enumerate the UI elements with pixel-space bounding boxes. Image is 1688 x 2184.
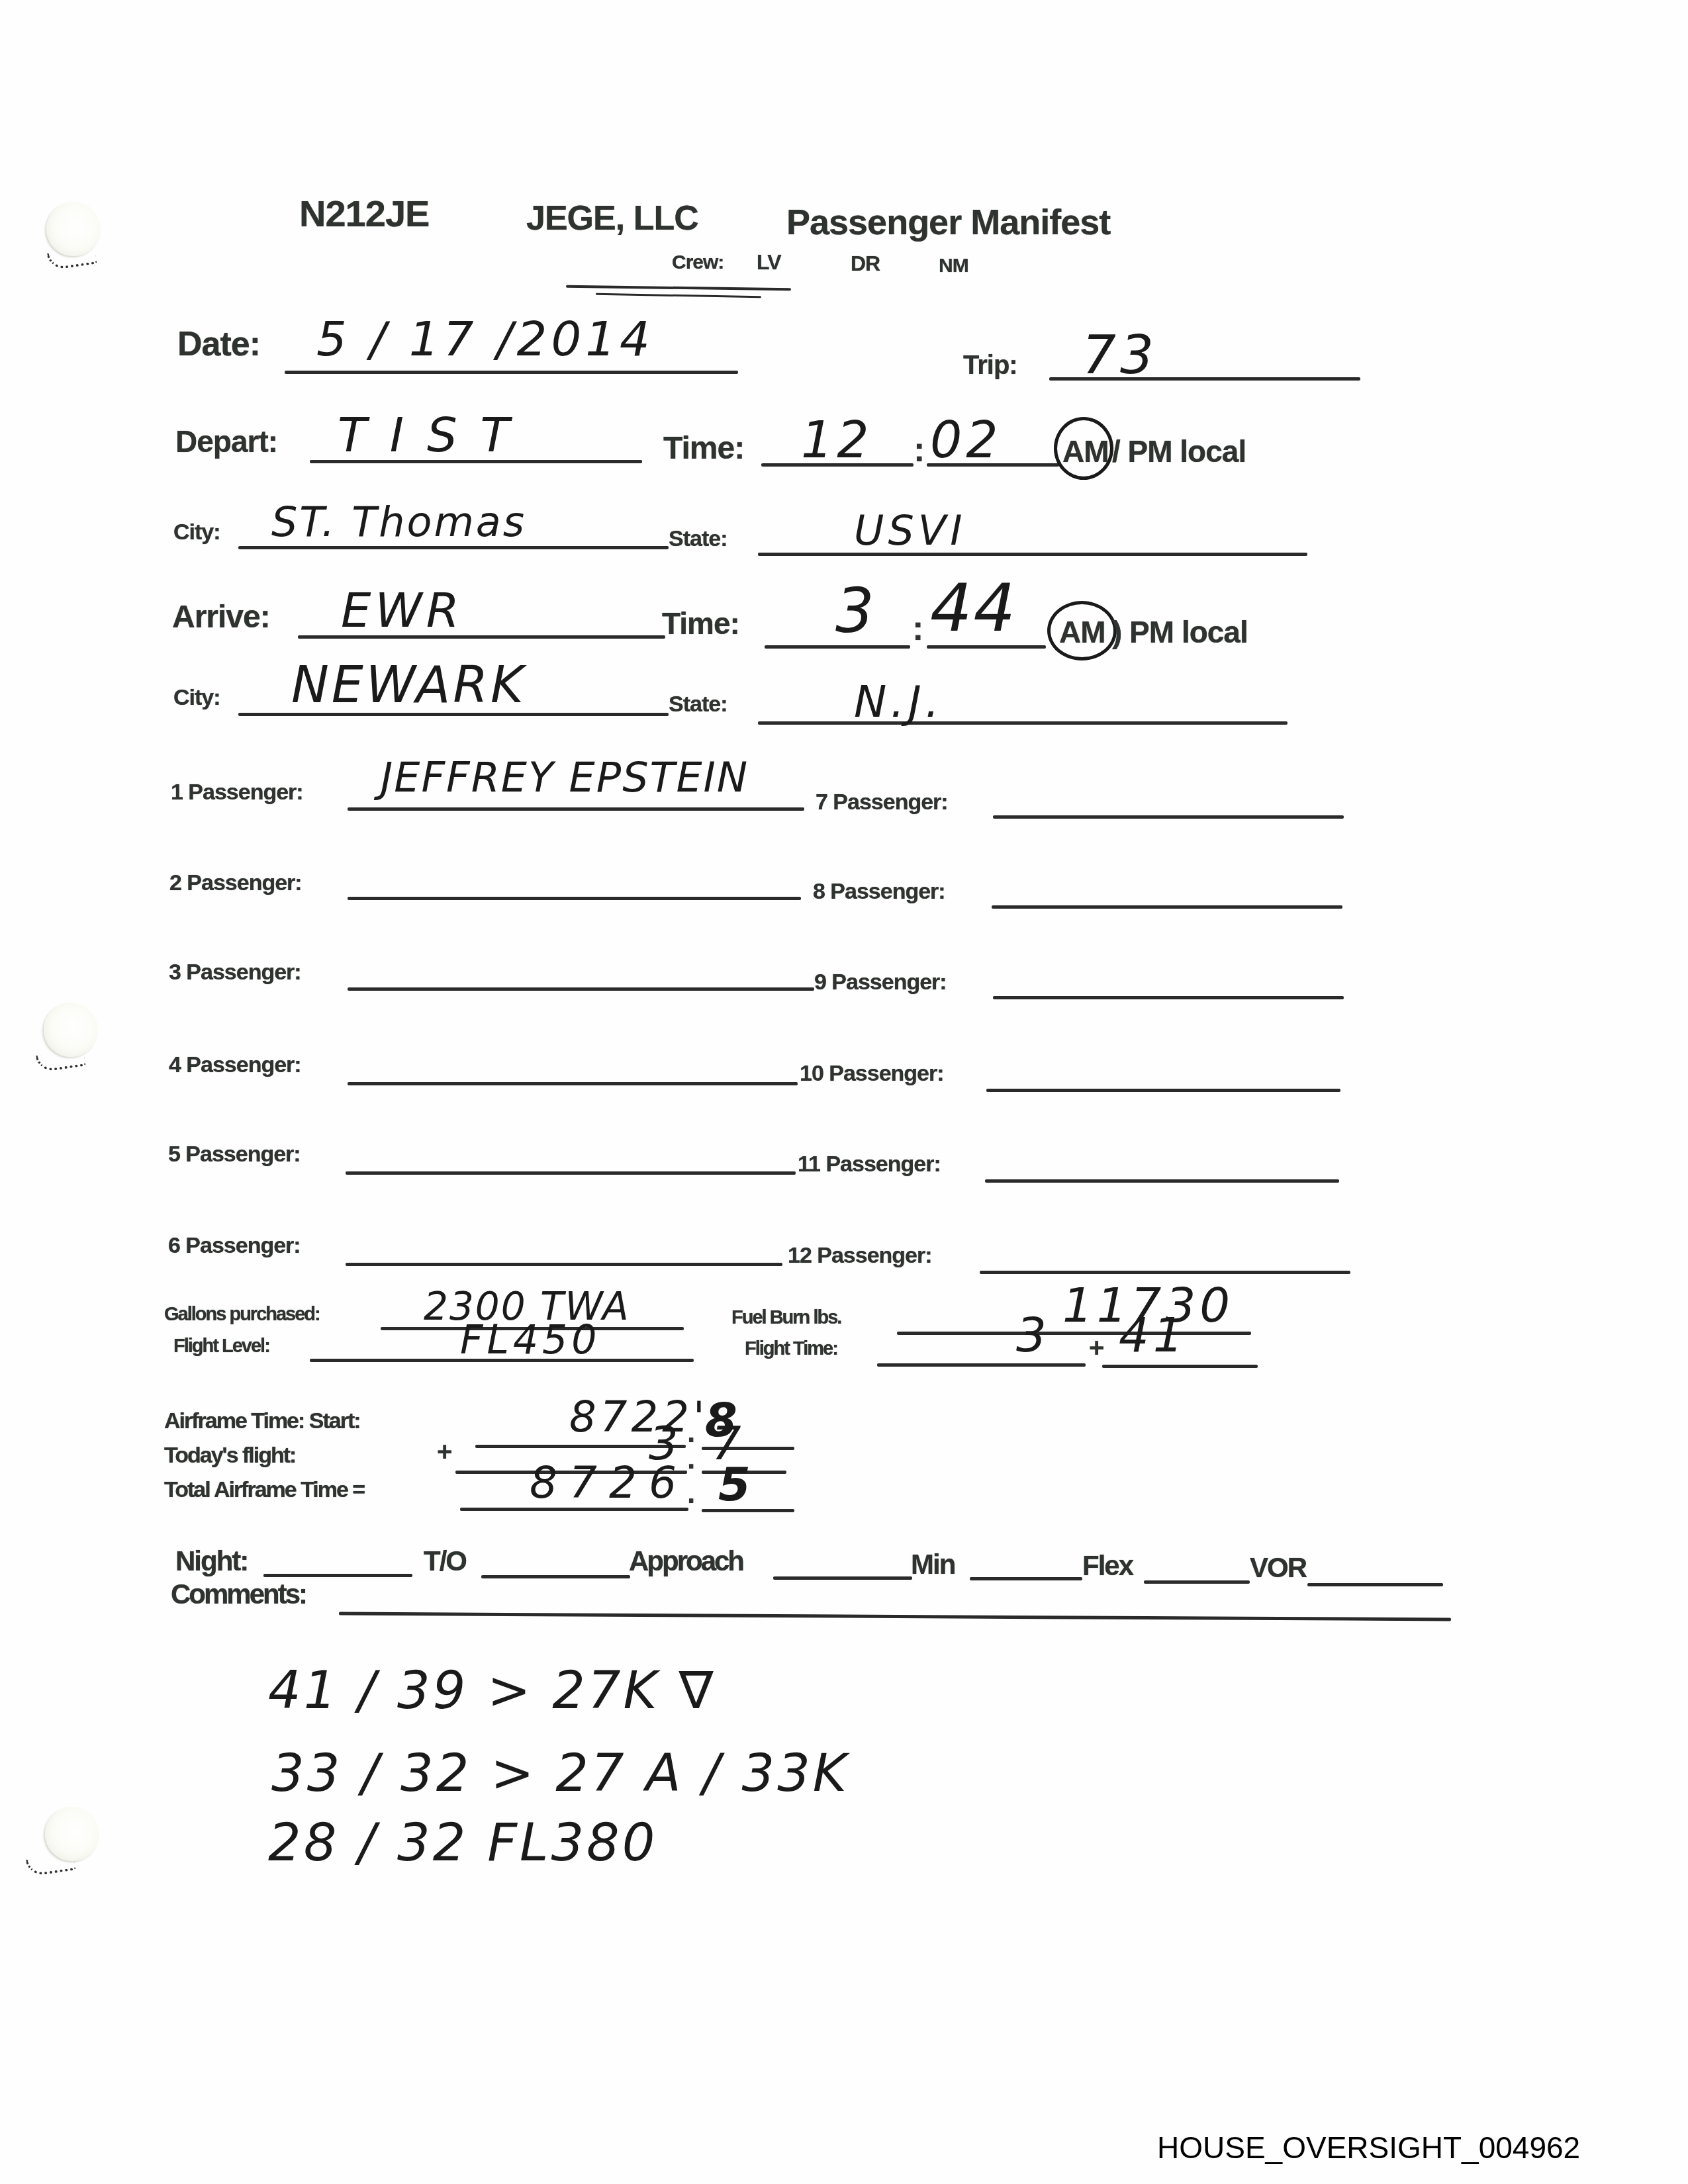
passenger-3-label: 3 Passenger: bbox=[169, 960, 301, 985]
passenger-5-label: 5 Passenger: bbox=[168, 1142, 301, 1167]
passenger-2-line bbox=[348, 897, 801, 900]
crew-member-3: NM bbox=[939, 255, 968, 277]
total-airframe-label: Total Airframe Time = bbox=[164, 1477, 364, 1503]
approach-field-line[interactable] bbox=[773, 1576, 912, 1580]
passenger-2-label: 2 Passenger: bbox=[169, 870, 302, 896]
comments-field-line[interactable] bbox=[339, 1612, 1451, 1621]
arrive-am-selected-circle bbox=[1047, 601, 1117, 660]
approach-label: Approach bbox=[629, 1545, 743, 1577]
depart-hour-field[interactable]: 12 bbox=[801, 410, 873, 469]
arrive-city-field[interactable]: NEWARK bbox=[291, 655, 526, 714]
passenger-11-label: 11 Passenger: bbox=[798, 1152, 941, 1177]
depart-city-field[interactable]: ST. Thomas bbox=[271, 498, 526, 546]
flight-time-hours-line bbox=[877, 1363, 1086, 1367]
passenger-8-line bbox=[992, 905, 1342, 909]
depart-label: Depart: bbox=[175, 424, 277, 459]
passenger-1-label: 1 Passenger: bbox=[171, 780, 303, 805]
arrive-time-label: Time: bbox=[662, 606, 739, 641]
depart-pm-option[interactable]: / PM local bbox=[1112, 433, 1246, 469]
flight-time-hours-field[interactable]: 3 bbox=[1016, 1307, 1051, 1363]
arrive-hour-field[interactable]: 3 bbox=[835, 576, 878, 647]
todays-flight-label: Today's flight: bbox=[164, 1443, 295, 1469]
takeoff-label: T/O bbox=[424, 1545, 466, 1577]
passenger-6-label: 6 Passenger: bbox=[168, 1233, 301, 1259]
passenger-10-line bbox=[986, 1089, 1340, 1092]
arrive-state-line bbox=[758, 721, 1288, 725]
arrive-city-label: City: bbox=[173, 685, 220, 711]
crew-member-2: DR bbox=[851, 251, 880, 276]
passenger-11-line bbox=[985, 1179, 1339, 1183]
passenger-4-line bbox=[348, 1082, 798, 1085]
hole-punch-shadow-middle bbox=[36, 1049, 86, 1073]
flight-level-label: Flight Level: bbox=[173, 1336, 269, 1357]
arrive-state-field[interactable]: N.J. bbox=[854, 676, 943, 727]
gallons-purchased-label: Gallons purchased: bbox=[164, 1304, 320, 1326]
passenger-5-line bbox=[346, 1171, 796, 1175]
passenger-7-label: 7 Passenger: bbox=[816, 790, 948, 815]
note-line-2: 33 / 32 > 27 A / 33K bbox=[271, 1744, 849, 1803]
flex-field-line[interactable] bbox=[1144, 1580, 1250, 1584]
passenger-9-line bbox=[993, 996, 1344, 999]
date-label: Date: bbox=[177, 324, 260, 364]
depart-state-label: State: bbox=[669, 526, 727, 552]
vor-label: VOR bbox=[1250, 1552, 1306, 1584]
passenger-9-label: 9 Passenger: bbox=[814, 970, 947, 995]
min-label: Min bbox=[911, 1549, 955, 1580]
total-airframe-whole-field[interactable]: 8726 bbox=[530, 1457, 688, 1508]
passenger-7-line bbox=[993, 815, 1344, 819]
depart-city-line bbox=[238, 546, 669, 549]
arrive-minute-field[interactable]: 44 bbox=[930, 569, 1017, 647]
depart-state-line bbox=[758, 553, 1307, 556]
takeoff-field-line[interactable] bbox=[481, 1575, 630, 1578]
arrive-field[interactable]: EWR bbox=[341, 582, 463, 638]
depart-time-label: Time: bbox=[663, 430, 744, 467]
note-line-3: 28 / 32 FL380 bbox=[268, 1813, 657, 1873]
passenger-1-line bbox=[348, 807, 804, 811]
night-field-line[interactable] bbox=[263, 1574, 412, 1577]
total-airframe-dot: . bbox=[687, 1477, 694, 1510]
arrive-time-colon: : bbox=[912, 609, 923, 649]
crew-underline-2 bbox=[596, 293, 761, 298]
flight-time-label: Flight Time: bbox=[745, 1338, 837, 1360]
hole-punch-shadow-bottom bbox=[26, 1853, 76, 1877]
tail-number: N212JE bbox=[299, 192, 429, 235]
night-label: Night: bbox=[175, 1545, 248, 1577]
fuel-burn-label: Fuel Burn lbs. bbox=[731, 1307, 841, 1329]
flight-time-plus: + bbox=[1089, 1334, 1103, 1363]
passenger-10-label: 10 Passenger: bbox=[800, 1061, 944, 1087]
passenger-12-line bbox=[980, 1271, 1350, 1274]
crew-member-1: LV bbox=[757, 250, 781, 275]
flex-label: Flex bbox=[1082, 1550, 1133, 1582]
flight-time-minutes-line bbox=[1102, 1365, 1258, 1368]
todays-flight-plus: + bbox=[437, 1437, 451, 1467]
company-name: JEGE, LLC bbox=[526, 199, 698, 238]
depart-city-label: City: bbox=[173, 520, 220, 545]
date-field[interactable]: 5 / 17 /2014 bbox=[316, 311, 654, 367]
vor-field-line[interactable] bbox=[1307, 1583, 1443, 1586]
date-field-line bbox=[285, 371, 738, 374]
min-field-line[interactable] bbox=[970, 1577, 1082, 1580]
bates-number: HOUSE_OVERSIGHT_004962 bbox=[1157, 2130, 1580, 2165]
depart-am-selected-circle bbox=[1054, 417, 1113, 480]
crew-underline bbox=[566, 285, 791, 291]
total-airframe-tenths-field[interactable]: 5 bbox=[718, 1457, 755, 1512]
crew-label: Crew: bbox=[672, 251, 724, 274]
page-title: Passenger Manifest bbox=[786, 202, 1110, 243]
arrive-pm-option[interactable]: ) PM local bbox=[1112, 614, 1248, 650]
passenger-4-label: 4 Passenger: bbox=[169, 1052, 301, 1078]
arrive-label: Arrive: bbox=[172, 599, 270, 635]
trip-field[interactable]: 73 bbox=[1082, 324, 1158, 386]
passenger-12-label: 12 Passenger: bbox=[788, 1243, 932, 1269]
passenger-6-line bbox=[346, 1263, 782, 1266]
depart-field[interactable]: T I S T bbox=[338, 407, 514, 463]
arrive-state-label: State: bbox=[669, 692, 727, 717]
flight-level-field[interactable]: FL450 bbox=[460, 1317, 600, 1363]
note-line-1: 41 / 39 > 27K ∇ bbox=[268, 1661, 716, 1721]
flight-time-minutes-field[interactable]: 41 bbox=[1119, 1307, 1188, 1363]
manifest-page: N212JE JEGE, LLC Passenger Manifest Crew… bbox=[0, 0, 1688, 2184]
passenger-1-field[interactable]: JEFFREY EPSTEIN bbox=[381, 753, 749, 801]
passenger-3-line bbox=[348, 987, 814, 991]
trip-label: Trip: bbox=[963, 351, 1017, 381]
comments-label: Comments: bbox=[171, 1578, 306, 1610]
depart-state-field[interactable]: USVI bbox=[854, 506, 966, 555]
depart-minute-field[interactable]: 02 bbox=[930, 410, 1002, 469]
hole-punch-middle bbox=[44, 1003, 98, 1057]
airframe-start-label: Airframe Time: Start: bbox=[164, 1408, 360, 1434]
depart-time-colon: : bbox=[914, 430, 924, 470]
passenger-8-label: 8 Passenger: bbox=[813, 879, 945, 905]
hole-punch-shadow-top bbox=[47, 247, 97, 271]
